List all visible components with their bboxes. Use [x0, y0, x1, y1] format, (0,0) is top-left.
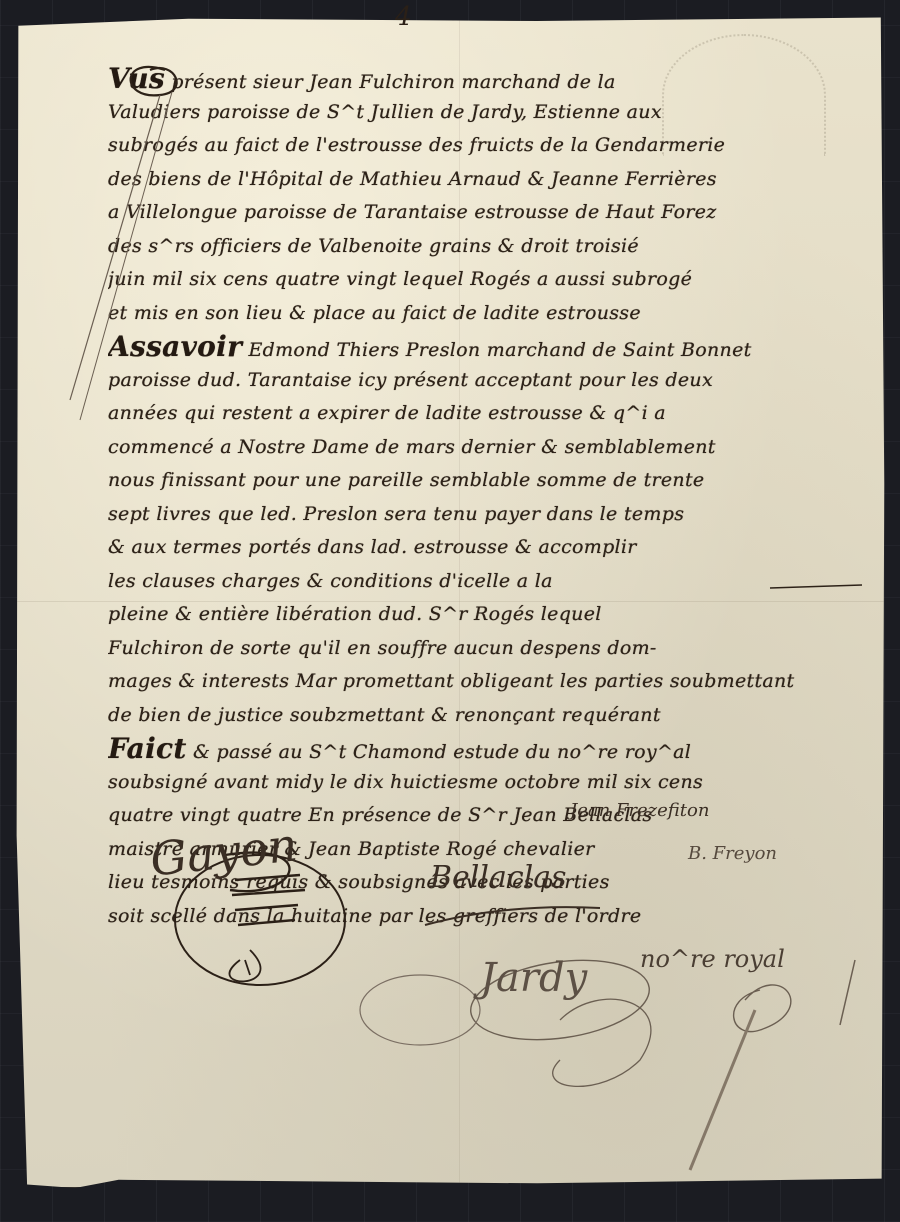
- line-text: présent sieur Jean Fulchiron marchand de…: [165, 71, 616, 93]
- manuscript-line: Faict & passé au S^t Chamond estude du n…: [108, 732, 868, 766]
- manuscript-line: années qui restent a expirer de ladite e…: [108, 397, 868, 431]
- signature-notary-royal: no^re royal: [640, 945, 785, 973]
- emphasized-word: Assavoir: [108, 330, 242, 363]
- manuscript-line: des s^rs officiers de Valbenoite grains …: [108, 230, 868, 264]
- manuscript-line: pleine & entière libération dud. S^r Rog…: [108, 598, 868, 632]
- manuscript-line: & aux termes portés dans lad. estrousse …: [108, 531, 868, 565]
- manuscript-line: soit scellé dans la huitaine par les gre…: [108, 900, 868, 934]
- line-text: Edmond Thiers Preslon marchand de Saint …: [242, 339, 751, 361]
- manuscript-line: sept livres que led. Preslon sera tenu p…: [108, 498, 868, 532]
- emphasized-word: Faict: [108, 732, 187, 765]
- signature-bellaclas: Bellaclas: [430, 860, 567, 895]
- manuscript-line: a Villelongue paroisse de Tarantaise est…: [108, 196, 868, 230]
- line-text: & passé au S^t Chamond estude du no^re r…: [187, 741, 692, 763]
- manuscript-line: Valudiers paroisse de S^t Jullien de Jar…: [108, 96, 868, 130]
- manuscript-line: et mis en son lieu & place au faict de l…: [108, 297, 868, 331]
- manuscript-line: mages & interests Mar promettant obligea…: [108, 665, 868, 699]
- folio-number: 4: [395, 2, 412, 32]
- manuscript-line: paroisse dud. Tarantaise icy présent acc…: [108, 364, 868, 398]
- manuscript-text: Vus présent sieur Jean Fulchiron marchan…: [108, 62, 868, 933]
- manuscript-line: des biens de l'Hôpital de Mathieu Arnaud…: [108, 163, 868, 197]
- manuscript-line: commencé a Nostre Dame de mars dernier &…: [108, 431, 868, 465]
- manuscript-line: de bien de justice soubzmettant & renonç…: [108, 699, 868, 733]
- emphasized-word: Vus: [108, 62, 165, 95]
- manuscript-line: les clauses charges & conditions d'icell…: [108, 565, 868, 599]
- manuscript-line: nous finissant pour une pareille semblab…: [108, 464, 868, 498]
- manuscript-line: Vus présent sieur Jean Fulchiron marchan…: [108, 62, 868, 96]
- manuscript-line: soubsigné avant midy le dix huictiesme o…: [108, 766, 868, 800]
- signature-breyon: B. Freyon: [688, 843, 777, 864]
- signature-frezefiton: Jean Frezefiton: [570, 800, 709, 821]
- manuscript-line: Fulchiron de sorte qu'il en souffre aucu…: [108, 632, 868, 666]
- manuscript-line: juin mil six cens quatre vingt lequel Ro…: [108, 263, 868, 297]
- manuscript-line: subrogés au faict de l'estrousse des fru…: [108, 129, 868, 163]
- signature-jardy: Jardy: [480, 955, 587, 1001]
- manuscript-line: Assavoir Edmond Thiers Preslon marchand …: [108, 330, 868, 364]
